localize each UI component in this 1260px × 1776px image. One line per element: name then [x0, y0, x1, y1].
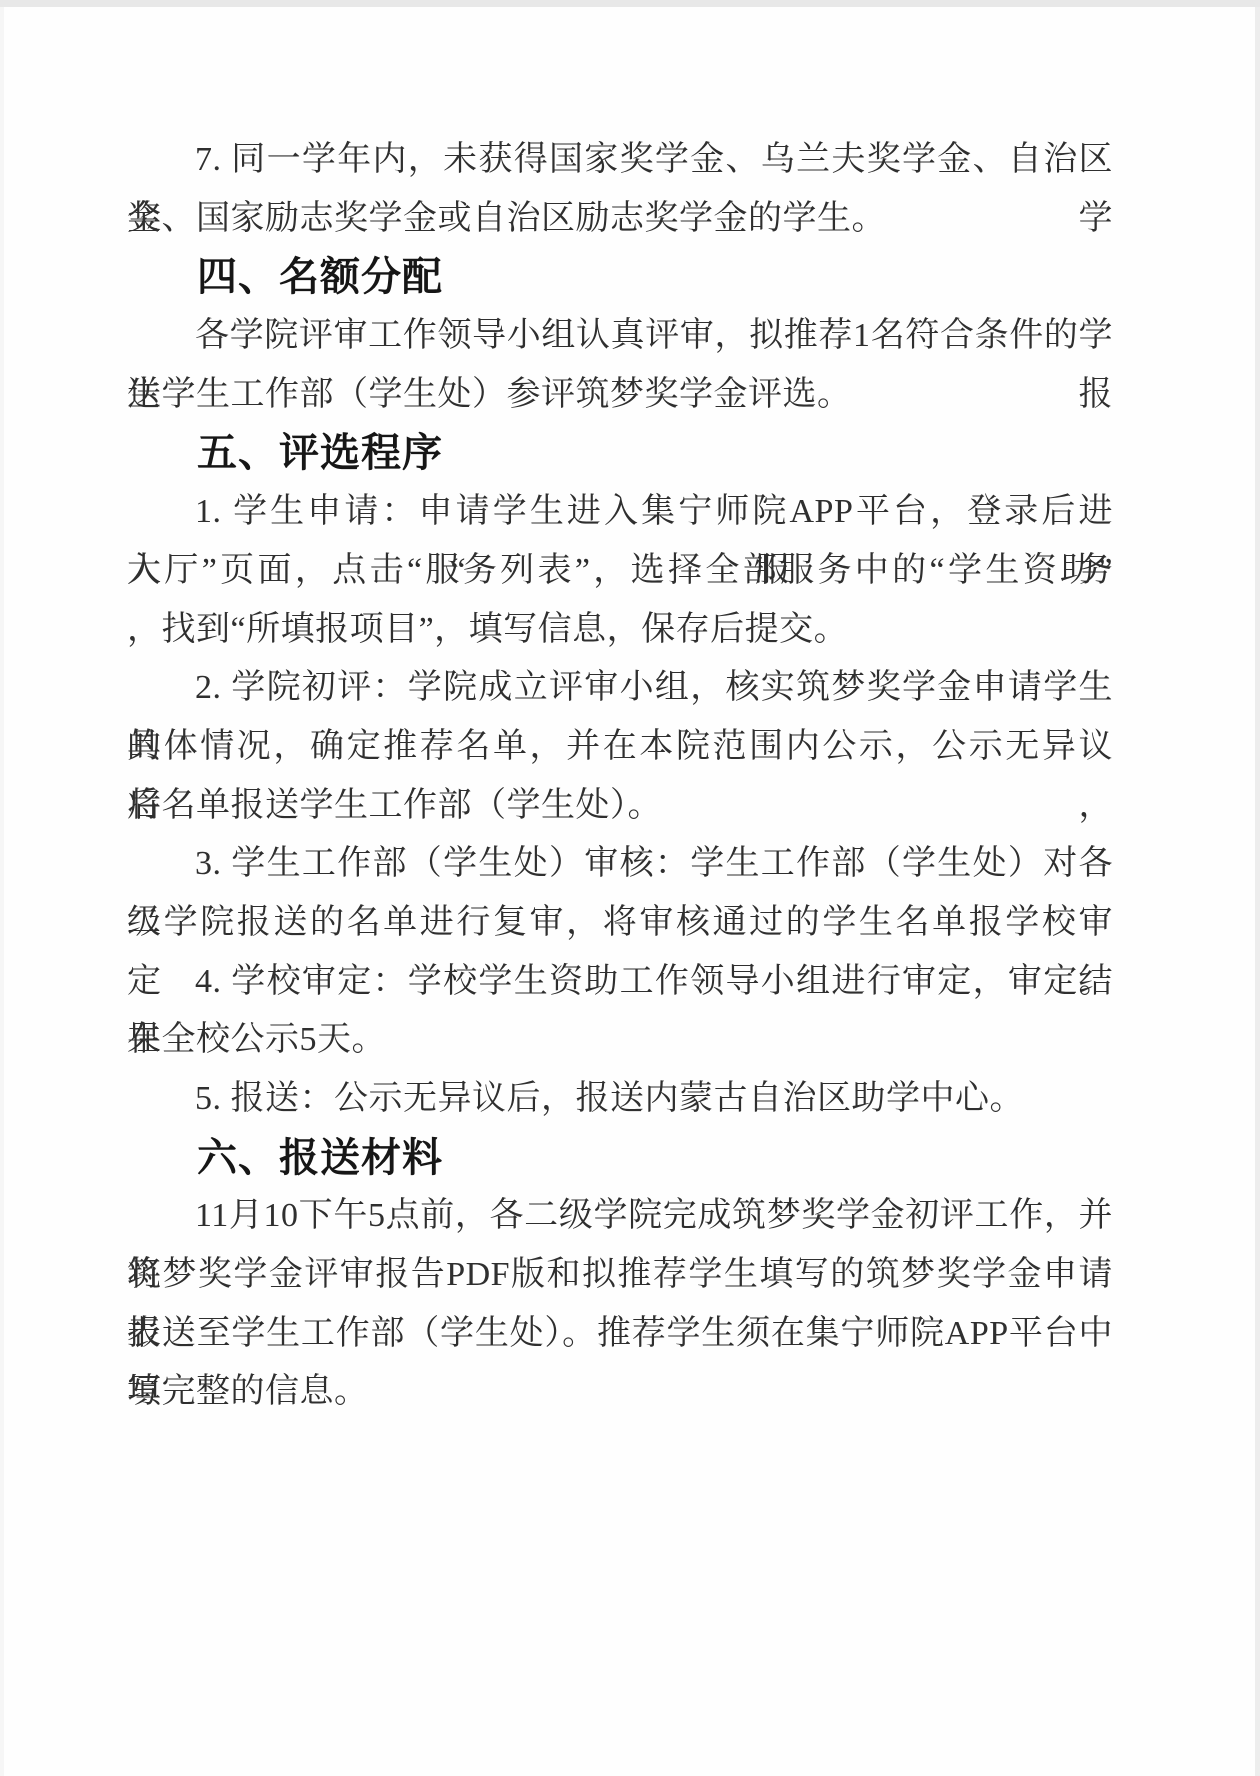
doc-line: 11月10下午5点前，各二级学院完成筑梦奖学金初评工作，并将: [127, 1187, 1113, 1246]
doc-line: 具体情况，确定推荐名单，并在本院范围内公示，公示无异议后，: [127, 718, 1113, 777]
doc-line: 级学院报送的名单进行复审，将审核通过的学生名单报学校审定。: [127, 894, 1113, 953]
doc-line: 3. 学生工作部（学生处）审核：学生工作部（学生处）对各二: [127, 835, 1113, 894]
doc-line: 2. 学院初评：学院成立评审小组，核实筑梦奖学金申请学生的: [127, 659, 1113, 718]
document-page: 7. 同一学年内，未获得国家奖学金、乌兰夫奖学金、自治区奖学 金、国家励志奖学金…: [0, 0, 1260, 1776]
doc-line: 4. 学校审定：学校学生资助工作领导小组进行审定，审定结果: [127, 953, 1113, 1012]
scan-edge-top: [0, 0, 1260, 7]
doc-line: 1. 学生申请：申请学生进入集宁师院APP平台，登录后进入“服务: [127, 483, 1113, 542]
scan-edge-right: [1255, 7, 1260, 1776]
doc-line: 5. 报送：公示无异议后，报送内蒙古自治区助学中心。: [127, 1070, 1113, 1129]
doc-line: 7. 同一学年内，未获得国家奖学金、乌兰夫奖学金、自治区奖学: [127, 131, 1113, 190]
document-body: 7. 同一学年内，未获得国家奖学金、乌兰夫奖学金、自治区奖学 金、国家励志奖学金…: [127, 131, 1113, 1422]
scan-edge-left: [0, 7, 4, 1776]
doc-line: 在全校公示5天。: [127, 1011, 1113, 1070]
doc-line: 报送至学生工作部（学生处）。推荐学生须在集宁师院APP平台中填: [127, 1305, 1113, 1364]
doc-line: 各学院评审工作领导小组认真评审，拟推荐1名符合条件的学生报: [127, 307, 1113, 366]
doc-line: ，找到“所填报项目”，填写信息，保存后提交。: [127, 601, 1113, 660]
heading-materials: 六、报送材料: [127, 1129, 1113, 1188]
doc-line: 筑梦奖学金评审报告PDF版和拟推荐学生填写的筑梦奖学金申请表: [127, 1246, 1113, 1305]
heading-quota: 四、名额分配: [127, 248, 1113, 307]
heading-procedure: 五、评选程序: [127, 424, 1113, 483]
doc-line: 大厅”页面，点击“服务列表”，选择全部服务中的“学生资助”: [127, 542, 1113, 601]
doc-line: 写完整的信息。: [127, 1363, 1113, 1422]
